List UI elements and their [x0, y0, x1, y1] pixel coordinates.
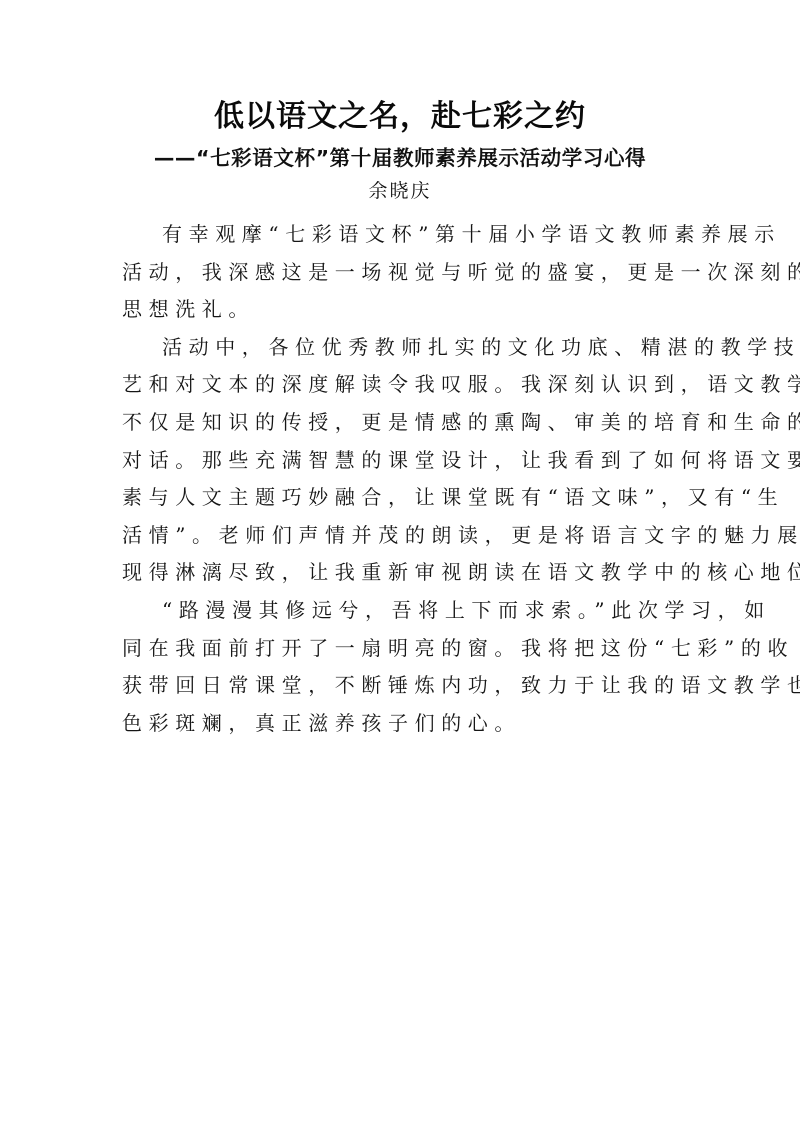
- text-line: 活动，我深感这是一场视觉与听觉的盛宴，更是一次深刻的: [122, 254, 702, 292]
- text-line: “路漫漫其修远兮，吾将上下而求索。”此次学习，如: [122, 592, 702, 630]
- paragraph-2: 活动中，各位优秀教师扎实的文化功底、精湛的教学技 艺和对文本的深度解读令我叹服。…: [122, 329, 702, 592]
- text-line: 活情”。老师们声情并茂的朗读，更是将语言文字的魅力展: [122, 517, 702, 555]
- text-line: 不仅是知识的传授，更是情感的熏陶、审美的培育和生命的: [122, 404, 702, 442]
- text-line: 素与人文主题巧妙融合，让课堂既有“语文味”，又有“生: [122, 479, 702, 517]
- text-line: 思想洗礼。: [122, 291, 702, 329]
- text-line: 现得淋漓尽致，让我重新审视朗读在语文教学中的核心地位。: [122, 554, 702, 592]
- text-line: 对话。那些充满智慧的课堂设计，让我看到了如何将语文要: [122, 442, 702, 480]
- text-line: 有幸观摩“七彩语文杯”第十届小学语文教师素养展示: [122, 216, 702, 254]
- author-name: 余晓庆: [0, 178, 800, 204]
- document-subtitle: ——“七彩语文杯”第十届教师素养展示活动学习心得: [0, 143, 800, 173]
- paragraph-3: “路漫漫其修远兮，吾将上下而求索。”此次学习，如 同在我面前打开了一扇明亮的窗。…: [122, 592, 702, 742]
- text-line: 艺和对文本的深度解读令我叹服。我深刻认识到，语文教学: [122, 366, 702, 404]
- document-page: 低以语文之名，赴七彩之约 ——“七彩语文杯”第十届教师素养展示活动学习心得 余晓…: [0, 0, 800, 1131]
- text-line: 同在我面前打开了一扇明亮的窗。我将把这份“七彩”的收: [122, 630, 702, 668]
- paragraph-1: 有幸观摩“七彩语文杯”第十届小学语文教师素养展示 活动，我深感这是一场视觉与听觉…: [122, 216, 702, 329]
- text-line: 色彩斑斓，真正滋养孩子们的心。: [122, 705, 702, 743]
- text-line: 活动中，各位优秀教师扎实的文化功底、精湛的教学技: [122, 329, 702, 367]
- document-title: 低以语文之名，赴七彩之约: [0, 98, 800, 136]
- document-body: 有幸观摩“七彩语文杯”第十届小学语文教师素养展示 活动，我深感这是一场视觉与听觉…: [122, 216, 702, 742]
- text-line: 获带回日常课堂，不断锤炼内功，致力于让我的语文教学也: [122, 667, 702, 705]
